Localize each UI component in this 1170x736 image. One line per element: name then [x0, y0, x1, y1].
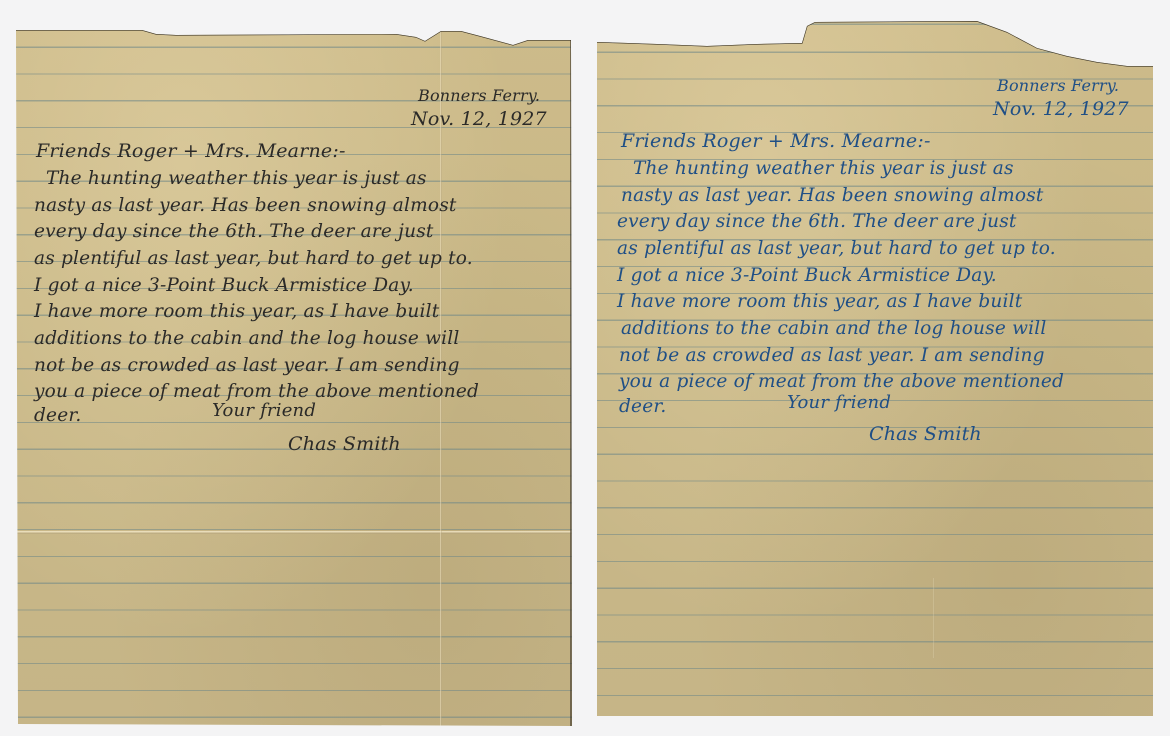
- letter-date: Nov. 12, 1927: [411, 108, 547, 130]
- letter-signature: Chas Smith: [288, 433, 401, 455]
- letter-body-line: as plentiful as last year, but hard to g…: [34, 248, 473, 269]
- letter-body-line: I have more room this year, as I have bu…: [34, 301, 439, 322]
- fold-crease-vertical: [933, 578, 935, 658]
- letter-body-line: I got a nice 3-Point Buck Armistice Day.: [34, 275, 414, 296]
- letter-body-line: you a piece of meat from the above menti…: [619, 371, 1064, 392]
- letter-body-line: not be as crowded as last year. I am sen…: [619, 345, 1045, 366]
- letter-body-line: I have more room this year, as I have bu…: [617, 291, 1022, 312]
- letter-body-line: deer.: [34, 405, 81, 426]
- letter-body-line: The hunting weather this year is just as: [46, 168, 427, 189]
- letter-body-line: nasty as last year. Has been snowing alm…: [621, 185, 1044, 206]
- letter-body-line: The hunting weather this year is just as: [633, 158, 1014, 179]
- letter-body-line: additions to the cabin and the log house…: [621, 318, 1047, 339]
- letter-closing: Your friend: [787, 392, 891, 413]
- letter-body-line: deer.: [619, 396, 666, 417]
- letter-body-line: not be as crowded as last year. I am sen…: [34, 355, 460, 376]
- letter-page-left: Bonners Ferry. Nov. 12, 1927 Friends Rog…: [16, 20, 572, 726]
- letter-body-line: every day since the 6th. The deer are ju…: [34, 221, 434, 242]
- letter-salutation: Friends Roger + Mrs. Mearne:-: [621, 130, 931, 152]
- ruled-lines: [597, 18, 1153, 716]
- letter-date: Nov. 12, 1927: [993, 98, 1129, 120]
- letter-signature: Chas Smith: [869, 423, 982, 445]
- letter-body-line: I got a nice 3-Point Buck Armistice Day.: [617, 265, 997, 286]
- letter-closing: Your friend: [212, 400, 316, 421]
- letter-salutation: Friends Roger + Mrs. Mearne:-: [36, 140, 346, 162]
- letter-place: Bonners Ferry.: [418, 86, 540, 105]
- letter-place: Bonners Ferry.: [997, 76, 1119, 95]
- letter-body-line: additions to the cabin and the log house…: [34, 328, 460, 349]
- letter-body-line: every day since the 6th. The deer are ju…: [617, 211, 1017, 232]
- letter-page-right: Bonners Ferry. Nov. 12, 1927 Friends Rog…: [597, 18, 1153, 716]
- letter-body-line: nasty as last year. Has been snowing alm…: [34, 195, 457, 216]
- fold-crease-horizontal: [16, 531, 572, 534]
- letter-body-line: you a piece of meat from the above menti…: [34, 381, 479, 402]
- letter-body-line: as plentiful as last year, but hard to g…: [617, 238, 1056, 259]
